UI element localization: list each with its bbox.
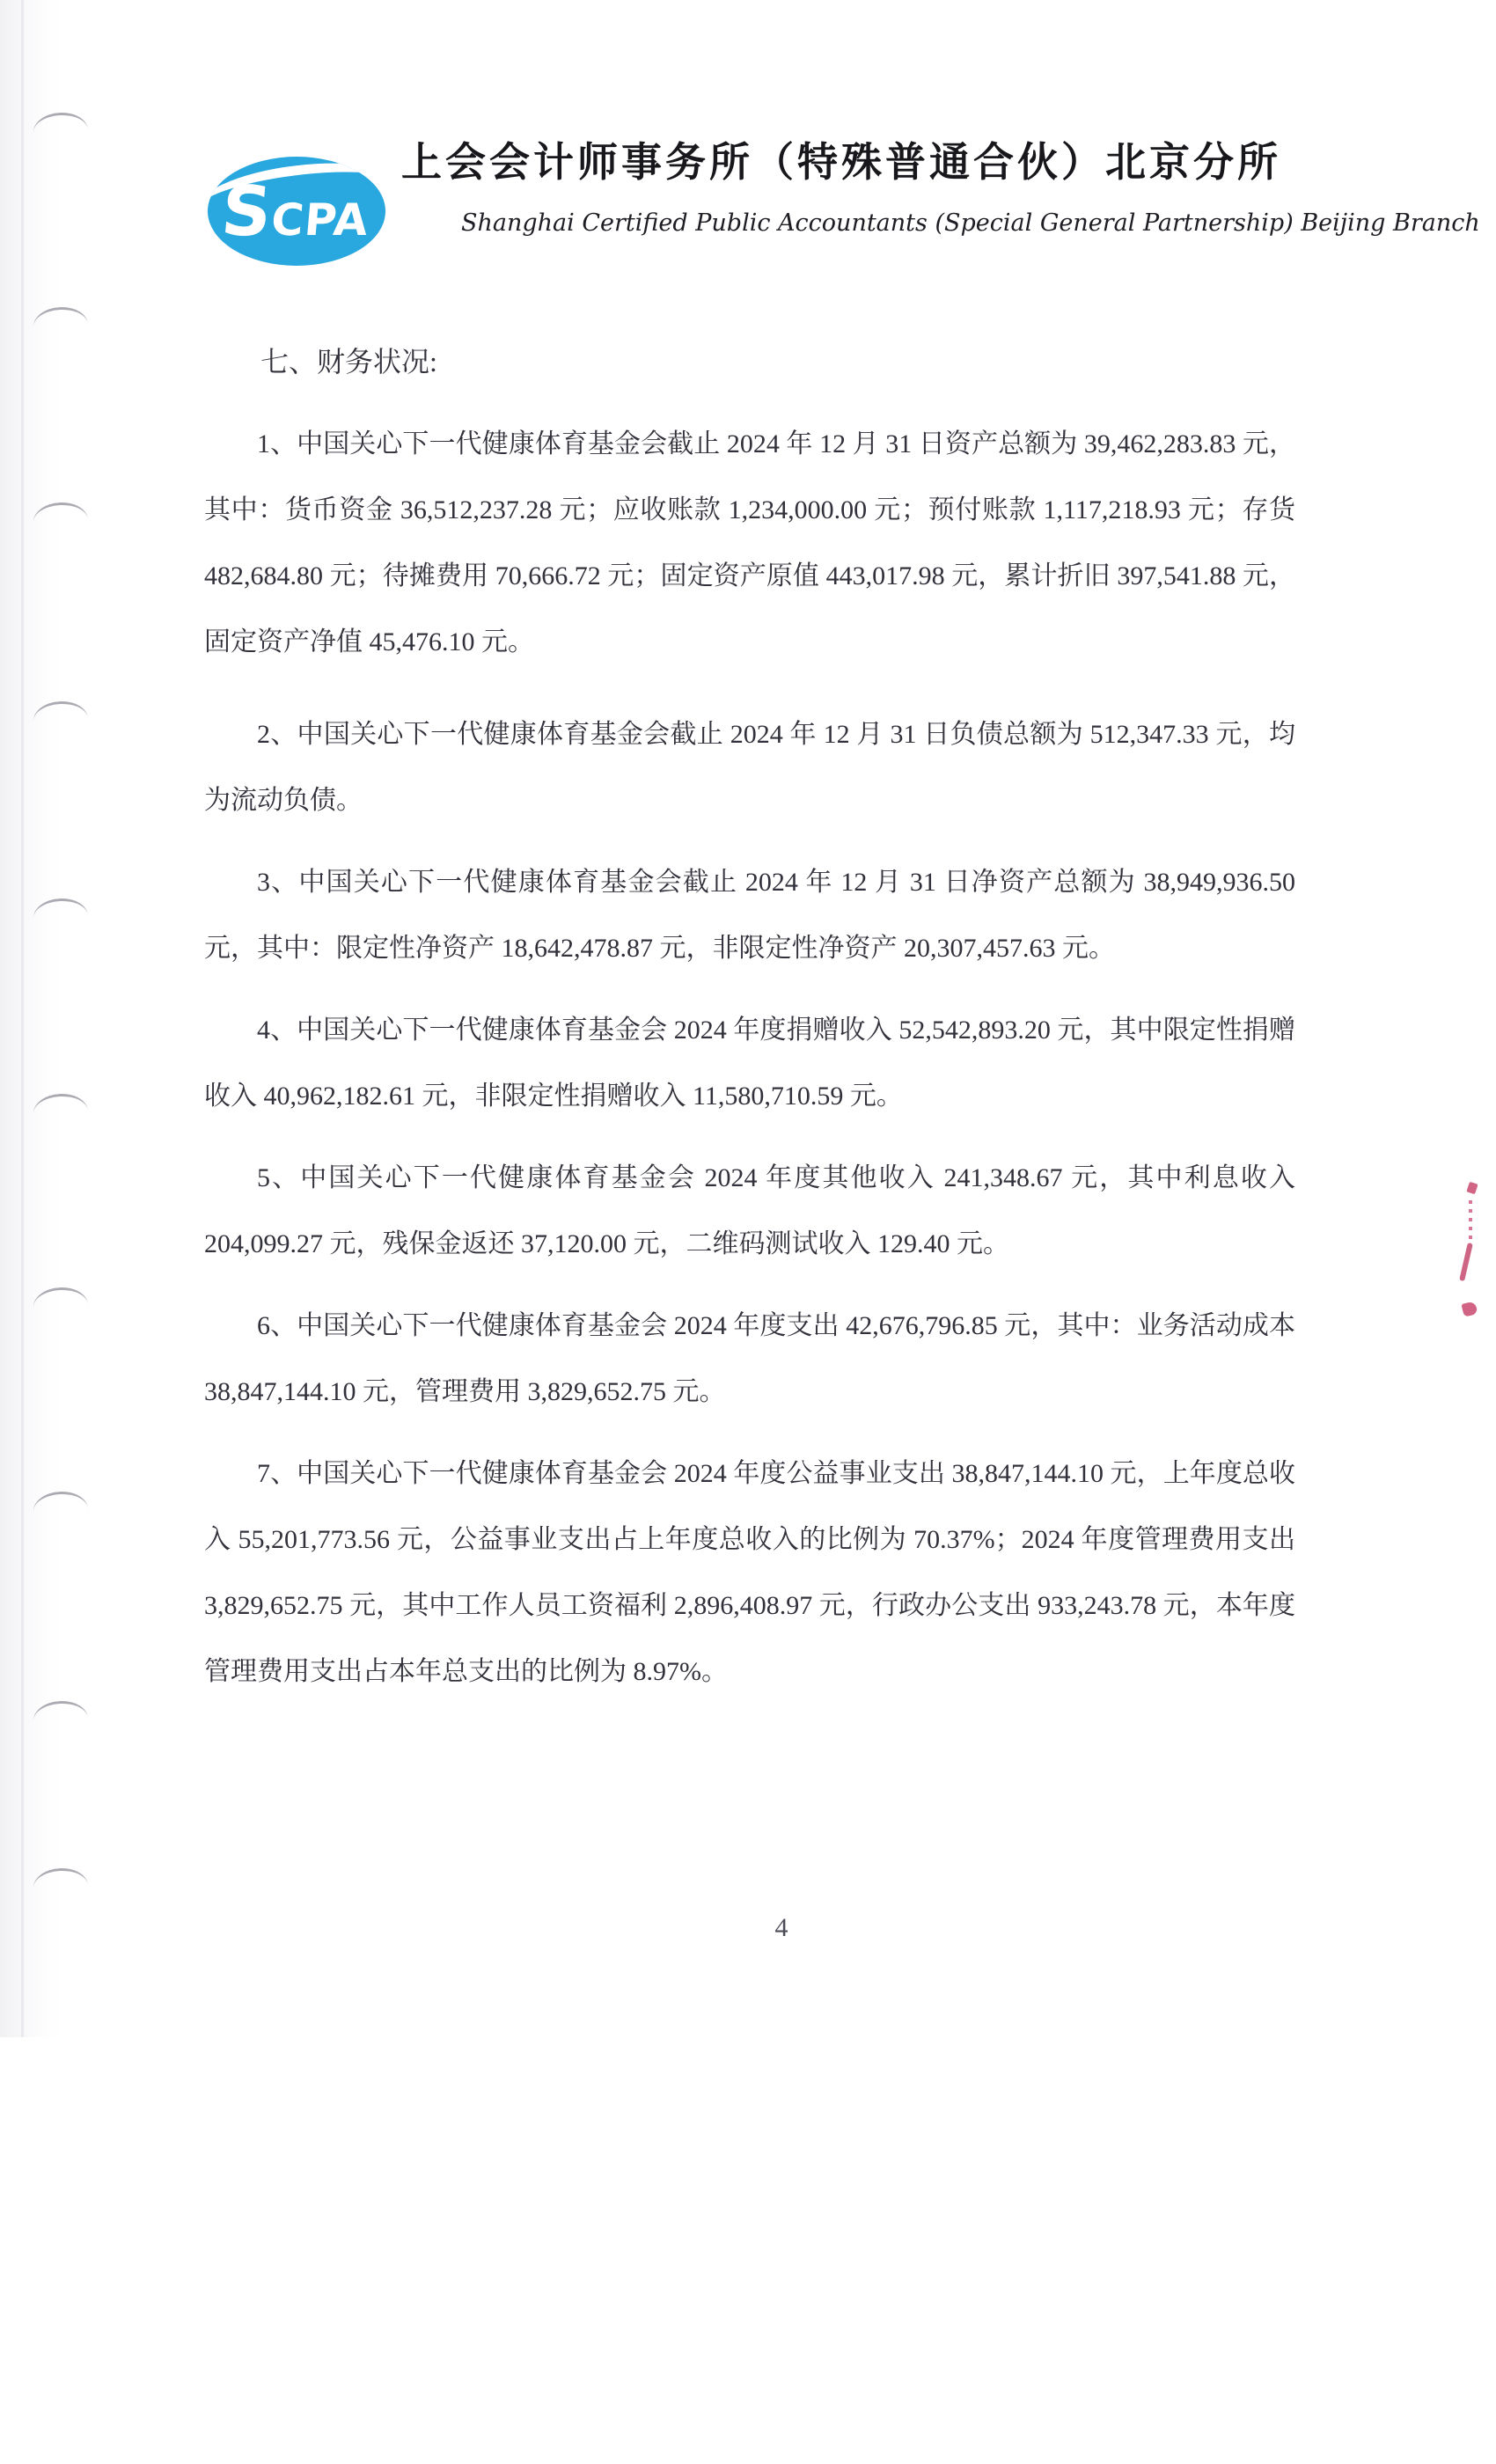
paragraph-2: 2、中国关心下一代健康体育基金会截止 2024 年 12 月 31 日负债总额为… [204,701,1295,833]
scanned-document-page: SCPA 上会会计师事务所（特殊普通合伙）北京分所 Shanghai Certi… [0,0,1496,2464]
document-body: 七、财务状况: 1、中国关心下一代健康体育基金会截止 2024 年 12 月 3… [204,329,1295,1705]
red-ink-mark [1461,1301,1478,1316]
red-ink-mark [1466,1182,1478,1195]
paragraph-5: 5、中国关心下一代健康体育基金会 2024 年度其他收入 241,348.67 … [204,1145,1295,1277]
logo-letters: SCPA [219,178,372,246]
red-ink-mark [1469,1200,1472,1241]
paragraph-1: 1、中国关心下一代健康体育基金会截止 2024 年 12 月 31 日资产总额为… [204,411,1295,675]
paragraph-6: 6、中国关心下一代健康体育基金会 2024 年度支出 42,676,796.85… [204,1293,1295,1425]
paragraph-3: 3、中国关心下一代健康体育基金会截止 2024 年 12 月 31 日净资产总额… [204,849,1295,981]
section-heading: 七、财务状况: [204,329,1295,395]
firm-title-chinese: 上会会计师事务所（特殊普通合伙）北京分所 [401,130,1308,188]
scpa-logo: SCPA [208,157,385,266]
paragraph-7: 7、中国关心下一代健康体育基金会 2024 年度公益事业支出 38,847,14… [204,1441,1295,1705]
scan-edge-line [21,0,24,2037]
red-ink-mark [1459,1243,1473,1281]
firm-title-english: Shanghai Certified Public Accountants (S… [461,209,1253,237]
page-number: 4 [755,1913,808,1943]
paragraph-4: 4、中国关心下一代健康体育基金会 2024 年度捐赠收入 52,542,893.… [204,997,1295,1129]
